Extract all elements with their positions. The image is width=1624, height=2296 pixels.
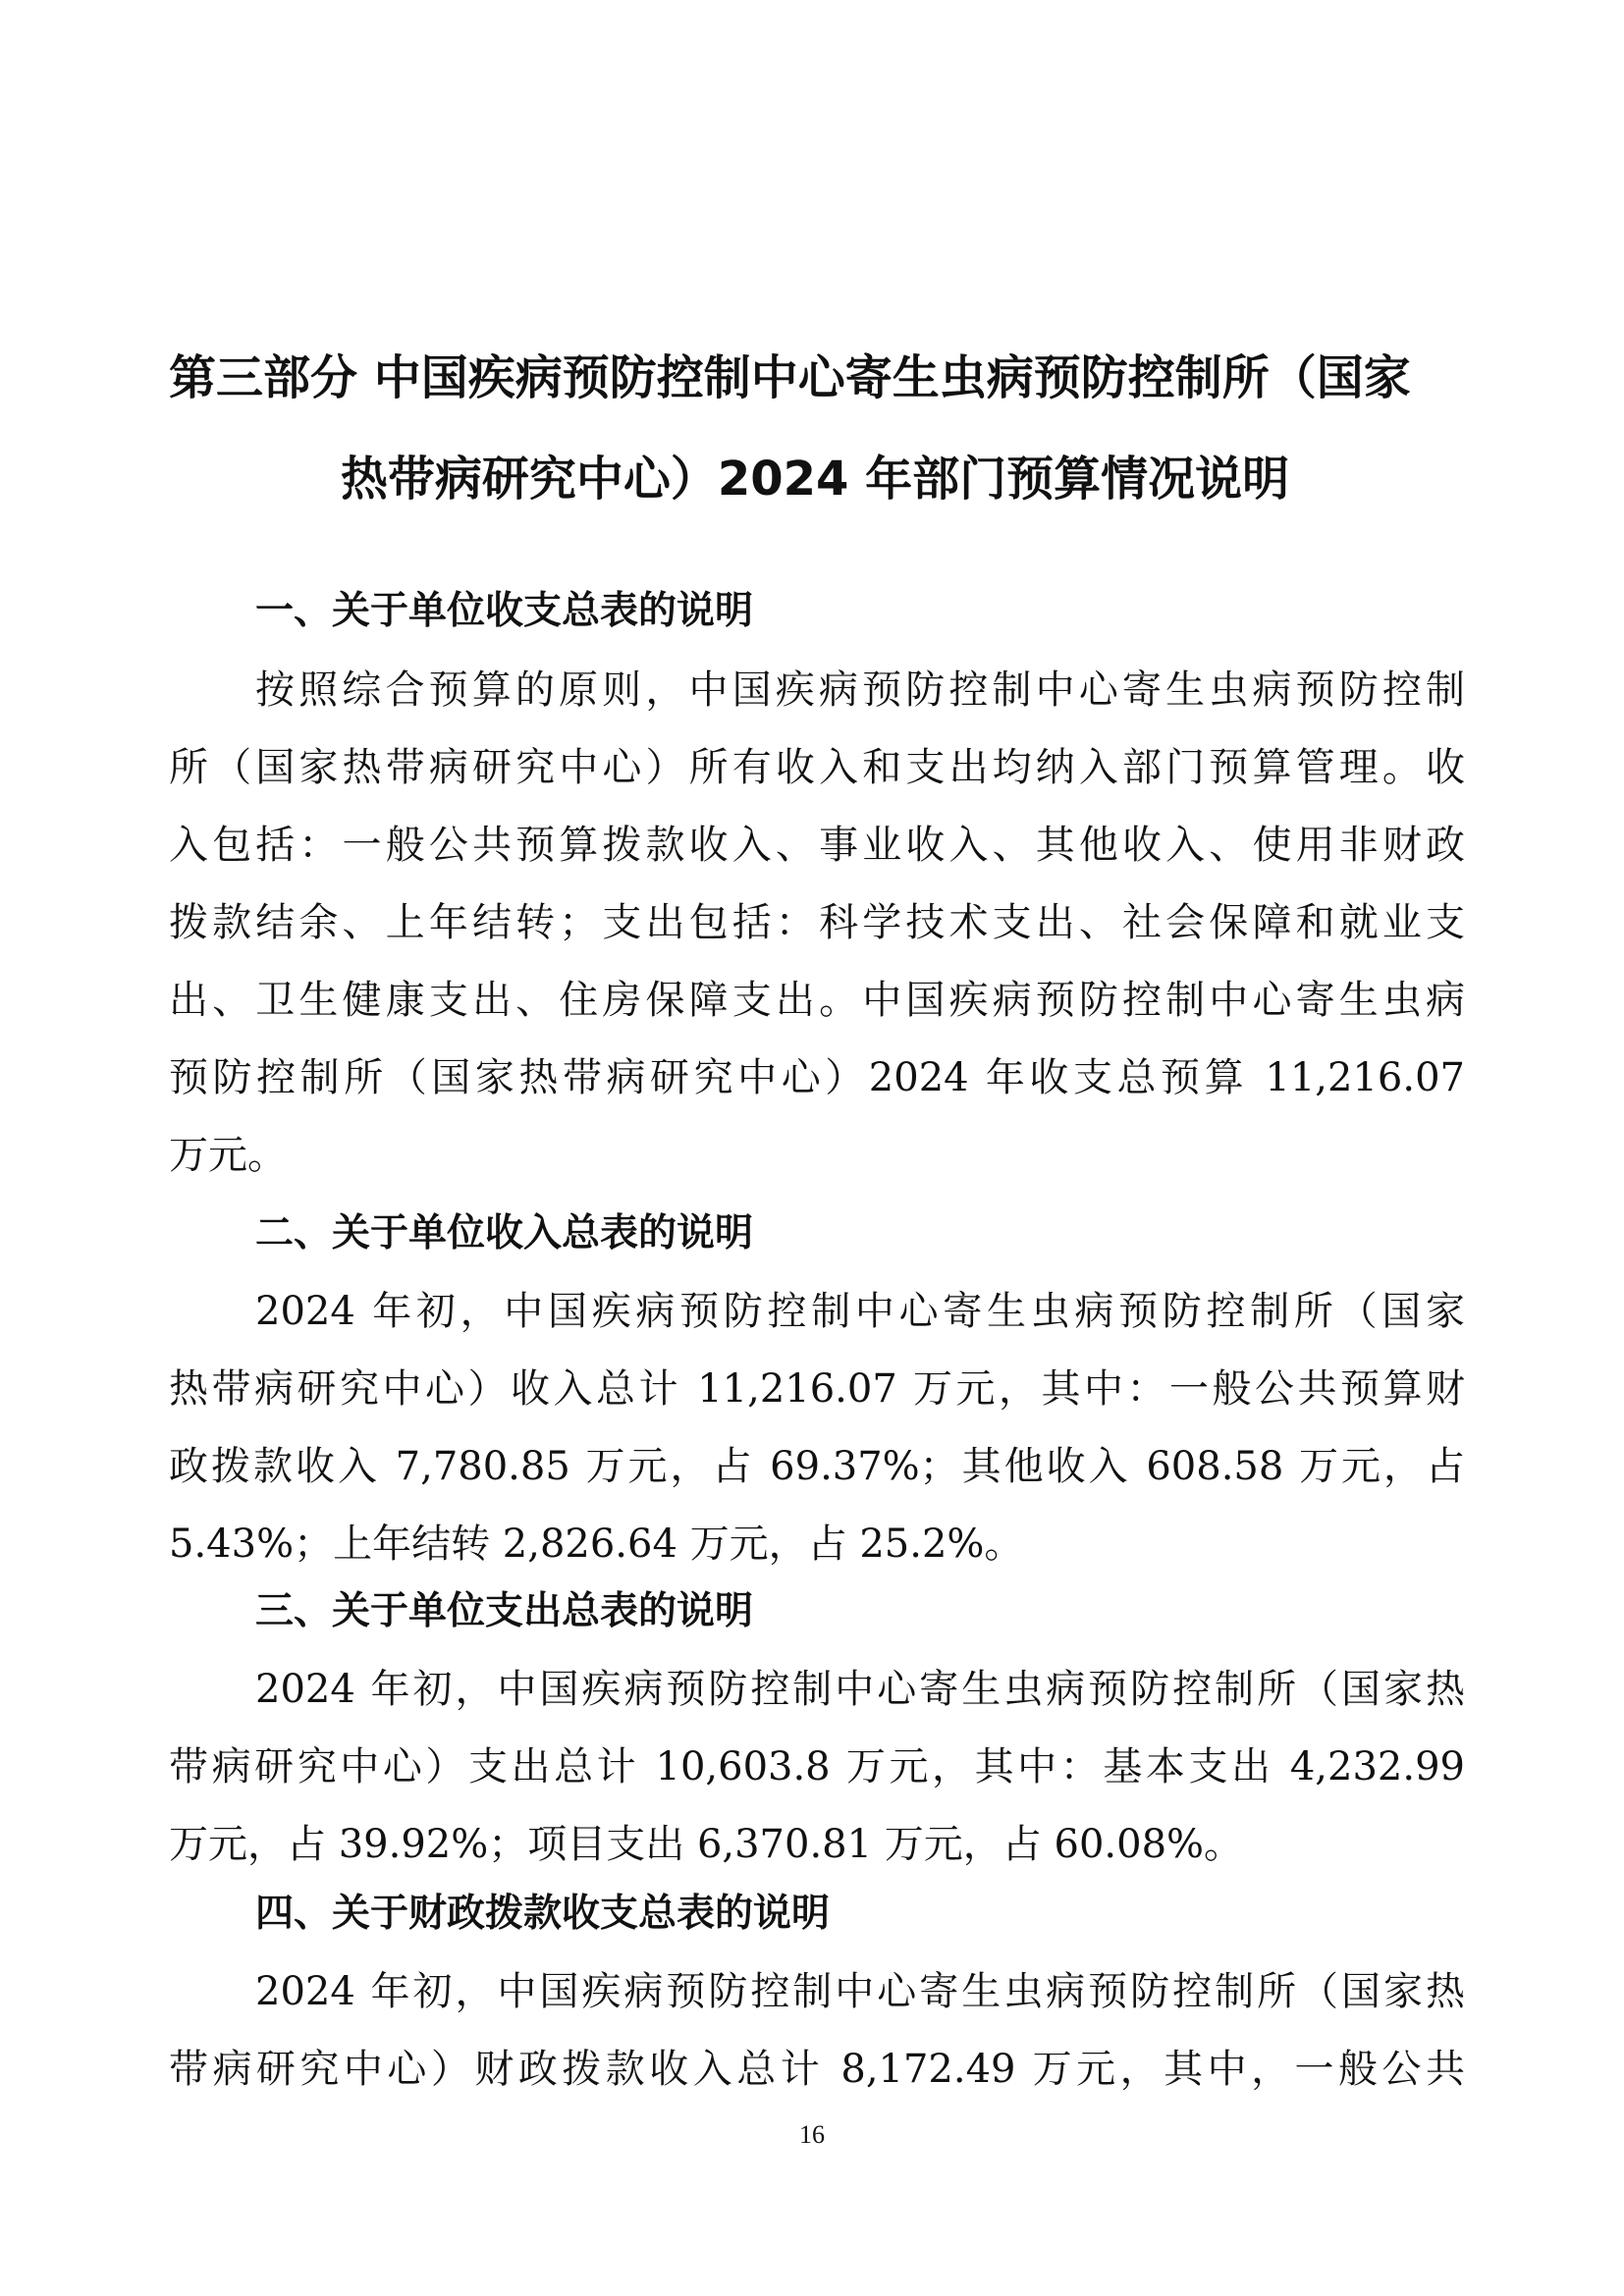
page-number: 16: [0, 2120, 1624, 2150]
section-1-heading: 一、关于单位收支总表的说明: [255, 587, 753, 636]
section-2-heading: 二、关于单位收入总表的说明: [255, 1209, 753, 1258]
section-1-line-2: 所（国家热带病研究中心）所有收入和支出均纳入部门预算管理。收: [169, 743, 1465, 792]
section-1-line-5: 出、卫生健康支出、住房保障支出。中国疾病预防控制中心寄生虫病: [169, 976, 1465, 1025]
section-3-line-2: 带病研究中心）支出总计 10,603.8 万元，其中：基本支出 4,232.99: [169, 1742, 1465, 1791]
section-4-line-2: 带病研究中心）财政拨款收入总计 8,172.49 万元，其中，一般公共: [169, 2045, 1465, 2094]
document-title-line-1: 第三部分 中国疾病预防控制中心寄生虫病预防控制所（国家: [169, 348, 1485, 407]
section-3-line-3: 万元，占 39.92%；项目支出 6,370.81 万元，占 60.08%。: [169, 1820, 1465, 1869]
section-2-line-4: 5.43%；上年结转 2,826.64 万元，占 25.2%。: [169, 1520, 1465, 1569]
section-1-line-7: 万元。: [169, 1131, 1465, 1180]
section-4-line-1: 2024 年初，中国疾病预防控制中心寄生虫病预防控制所（国家热: [255, 1967, 1465, 2016]
section-2-line-1: 2024 年初，中国疾病预防控制中心寄生虫病预防控制所（国家: [255, 1287, 1465, 1336]
section-1-line-4: 拨款结余、上年结转；支出包括：科学技术支出、社会保障和就业支: [169, 898, 1465, 947]
section-3-line-1: 2024 年初，中国疾病预防控制中心寄生虫病预防控制所（国家热: [255, 1665, 1465, 1714]
section-3-heading: 三、关于单位支出总表的说明: [255, 1587, 753, 1636]
section-4-heading: 四、关于财政拨款收支总表的说明: [255, 1890, 830, 1939]
section-1-line-1: 按照综合预算的原则，中国疾病预防控制中心寄生虫病预防控制: [255, 666, 1465, 715]
section-2-line-3: 政拨款收入 7,780.85 万元，占 69.37%；其他收入 608.58 万…: [169, 1442, 1465, 1491]
section-1-line-6: 预防控制所（国家热带病研究中心）2024 年收支总预算 11,216.07: [169, 1053, 1465, 1102]
document-title-line-2: 热带病研究中心）2024 年部门预算情况说明: [157, 450, 1473, 508]
section-1-line-3: 入包括：一般公共预算拨款收入、事业收入、其他收入、使用非财政: [169, 821, 1465, 870]
document-page: 第三部分 中国疾病预防控制中心寄生虫病预防控制所（国家 热带病研究中心）2024…: [0, 0, 1624, 2296]
section-2-line-2: 热带病研究中心）收入总计 11,216.07 万元，其中：一般公共预算财: [169, 1364, 1465, 1414]
